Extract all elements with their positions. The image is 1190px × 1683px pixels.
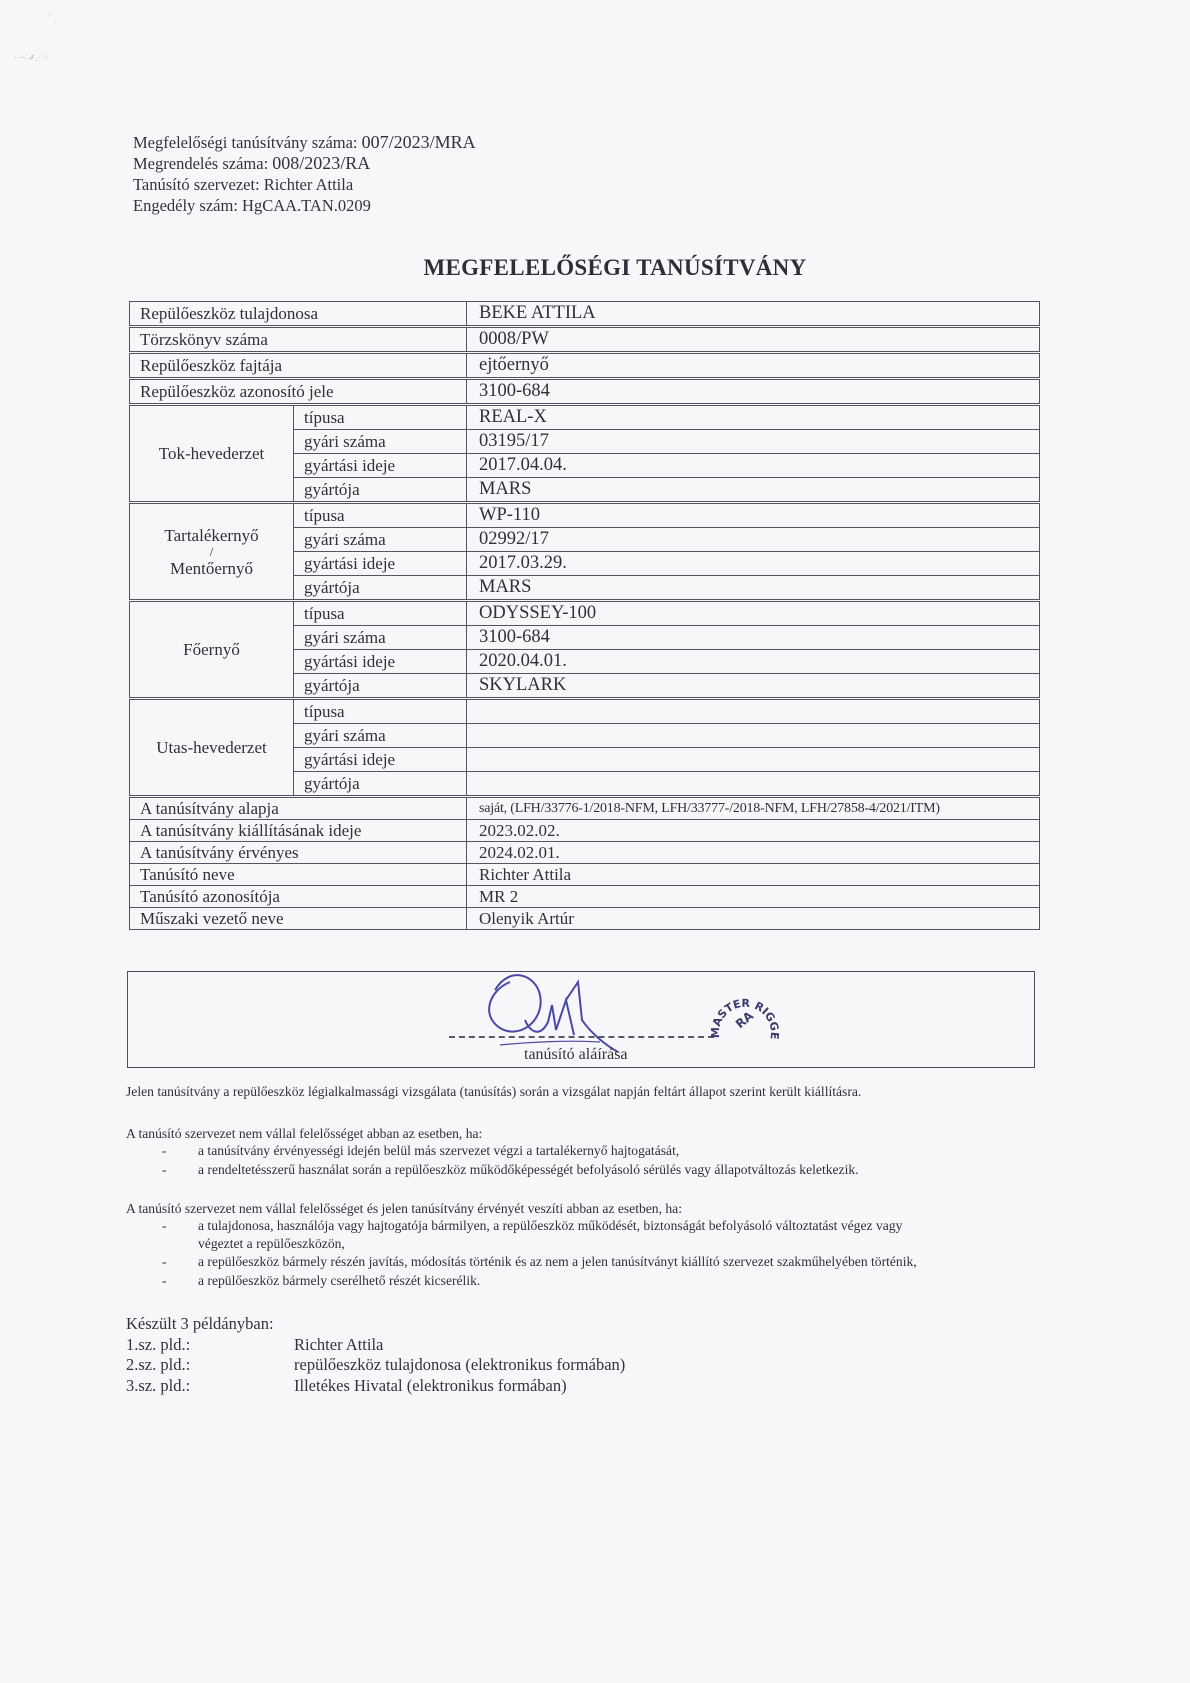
row-label: Tanúsító neve (130, 864, 467, 886)
table-row: Repülőeszköz fajtája ejtőernyő (130, 353, 1040, 379)
row-label: Repülőeszköz azonosító jele (130, 379, 467, 405)
bullet-dash: - (162, 1273, 167, 1289)
row-value: 2017.03.29. (467, 552, 1040, 576)
row-label: Repülőeszköz fajtája (130, 353, 467, 379)
row-value (467, 748, 1040, 772)
row-sublabel: gyártója (294, 478, 467, 503)
row-sublabel: gyári száma (294, 430, 467, 454)
row-value (467, 772, 1040, 797)
row-sublabel: típusa (294, 699, 467, 724)
bullet-dash: - (162, 1218, 167, 1234)
row-value: 02992/17 (467, 528, 1040, 552)
group-passenger-harness: Utas-hevederzet (130, 699, 294, 797)
copy-row: 3.sz. pld.: Illetékes Hivatal (elektroni… (126, 1376, 625, 1397)
validity-item: a tulajdonosa, használója vagy hajtogató… (198, 1218, 902, 1235)
group-main-canopy: Főernyő (130, 601, 294, 699)
group-harness: Tok-hevederzet (130, 405, 294, 503)
master-rigger-stamp-icon: MASTER RIGGER2 RA (700, 978, 790, 1058)
license-line: Engedély szám: HgCAA.TAN.0209 (133, 195, 476, 216)
row-sublabel: gyári száma (294, 626, 467, 650)
row-value: 2017.04.04. (467, 454, 1040, 478)
bullet-dash: - (162, 1143, 167, 1159)
certificate-table: Repülőeszköz tulajdonosa BEKE ATTILA Tör… (129, 301, 1040, 930)
row-label: Műszaki vezető neve (130, 908, 467, 930)
table-row: Tartalékernyő / Mentőernyő típusa WP-110 (130, 503, 1040, 528)
organization: Richter Attila (264, 175, 353, 194)
row-value: MARS (467, 576, 1040, 601)
row-label: Repülőeszköz tulajdonosa (130, 302, 467, 327)
scan-artifact-smudge: ⋯·∴⸙⋰⁘ (14, 50, 84, 64)
cert-number-line: Megfelelőségi tanúsítvány száma: 007/202… (133, 132, 476, 153)
row-value: 03195/17 (467, 430, 1040, 454)
row-value: 3100-684 (467, 379, 1040, 405)
validity-item-continuation: végeztet a repülőeszközön, (198, 1236, 345, 1253)
handwritten-signature-icon (470, 960, 670, 1055)
row-sublabel: gyári száma (294, 528, 467, 552)
copy-row: 1.sz. pld.: Richter Attila (126, 1335, 625, 1356)
license-number: HgCAA.TAN.0209 (242, 196, 371, 215)
order-number: 008/2023/RA (272, 153, 370, 173)
row-value: 3100-684 (467, 626, 1040, 650)
row-label: A tanúsítvány alapja (130, 797, 467, 820)
row-value: REAL-X (467, 405, 1040, 430)
row-value: saját, (LFH/33776-1/2018-NFM, LFH/33777-… (467, 797, 1040, 820)
row-sublabel: gyártási ideje (294, 650, 467, 674)
validity-item: a repülőeszköz bármely cserélhető részét… (198, 1273, 480, 1290)
table-row: A tanúsítvány érvényes 2024.02.01. (130, 842, 1040, 864)
group-reserve-parachute: Tartalékernyő / Mentőernyő (130, 503, 294, 601)
row-sublabel: gyári száma (294, 724, 467, 748)
row-value (467, 724, 1040, 748)
table-row: Műszaki vezető neve Olenyik Artúr (130, 908, 1040, 930)
row-value (467, 699, 1040, 724)
row-sublabel: típusa (294, 503, 467, 528)
table-row: Főernyő típusa ODYSSEY-100 (130, 601, 1040, 626)
row-value: MARS (467, 478, 1040, 503)
organization-line: Tanúsító szervezet: Richter Attila (133, 174, 476, 195)
liability-item: a tanúsítvány érvényességi idején belül … (198, 1143, 679, 1160)
copies-block: Készült 3 példányban: 1.sz. pld.: Richte… (126, 1314, 625, 1396)
row-value: SKYLARK (467, 674, 1040, 699)
order-number-line: Megrendelés száma: 008/2023/RA (133, 153, 476, 174)
row-sublabel: típusa (294, 601, 467, 626)
header-block: Megfelelőségi tanúsítvány száma: 007/202… (133, 132, 476, 216)
row-value: Olenyik Artúr (467, 908, 1040, 930)
row-value: 2023.02.02. (467, 820, 1040, 842)
bullet-dash: - (162, 1254, 167, 1270)
table-row: Tanúsító azonosítója MR 2 (130, 886, 1040, 908)
row-value: ODYSSEY-100 (467, 601, 1040, 626)
row-sublabel: gyártója (294, 576, 467, 601)
copies-intro: Készült 3 példányban: (126, 1314, 625, 1335)
statement-text: Jelen tanúsítvány a repülőeszköz légialk… (126, 1084, 861, 1101)
row-value: 2024.02.01. (467, 842, 1040, 864)
table-row: Utas-hevederzet típusa (130, 699, 1040, 724)
row-value: 0008/PW (467, 327, 1040, 353)
row-value: MR 2 (467, 886, 1040, 908)
table-row: Repülőeszköz tulajdonosa BEKE ATTILA (130, 302, 1040, 327)
table-row: A tanúsítvány alapja saját, (LFH/33776-1… (130, 797, 1040, 820)
row-label: Tanúsító azonosítója (130, 886, 467, 908)
row-sublabel: típusa (294, 405, 467, 430)
row-value: ejtőernyő (467, 353, 1040, 379)
row-value: BEKE ATTILA (467, 302, 1040, 327)
bullet-dash: - (162, 1162, 167, 1178)
liability-intro: A tanúsító szervezet nem vállal felelőss… (126, 1126, 482, 1143)
table-row: Törzskönyv száma 0008/PW (130, 327, 1040, 353)
row-label: Törzskönyv száma (130, 327, 467, 353)
row-label: A tanúsítvány érvényes (130, 842, 467, 864)
liability-item: a rendeltetésszerű használat során a rep… (198, 1162, 859, 1179)
cert-number: 007/2023/MRA (362, 132, 476, 152)
copy-row: 2.sz. pld.: repülőeszköz tulajdonosa (el… (126, 1355, 625, 1376)
scan-artifact-mark: ﾟ⸝ (48, 10, 58, 25)
table-row: Repülőeszköz azonosító jele 3100-684 (130, 379, 1040, 405)
row-label: A tanúsítvány kiállításának ideje (130, 820, 467, 842)
svg-text:RA: RA (733, 1008, 757, 1031)
row-value: Richter Attila (467, 864, 1040, 886)
table-row: Tok-hevederzet típusa REAL-X (130, 405, 1040, 430)
validity-item: a repülőeszköz bármely részén javítás, m… (198, 1254, 917, 1271)
signature-label: tanúsító aláírása (524, 1046, 628, 1064)
row-sublabel: gyártási ideje (294, 552, 467, 576)
table-row: Tanúsító neve Richter Attila (130, 864, 1040, 886)
validity-intro: A tanúsító szervezet nem vállal felelőss… (126, 1201, 682, 1218)
row-value: 2020.04.01. (467, 650, 1040, 674)
row-value: WP-110 (467, 503, 1040, 528)
table-row: A tanúsítvány kiállításának ideje 2023.0… (130, 820, 1040, 842)
row-sublabel: gyártója (294, 674, 467, 699)
row-sublabel: gyártója (294, 772, 467, 797)
document-title: MEGFELELŐSÉGI TANÚSÍTVÁNY (0, 255, 1190, 281)
row-sublabel: gyártási ideje (294, 748, 467, 772)
row-sublabel: gyártási ideje (294, 454, 467, 478)
